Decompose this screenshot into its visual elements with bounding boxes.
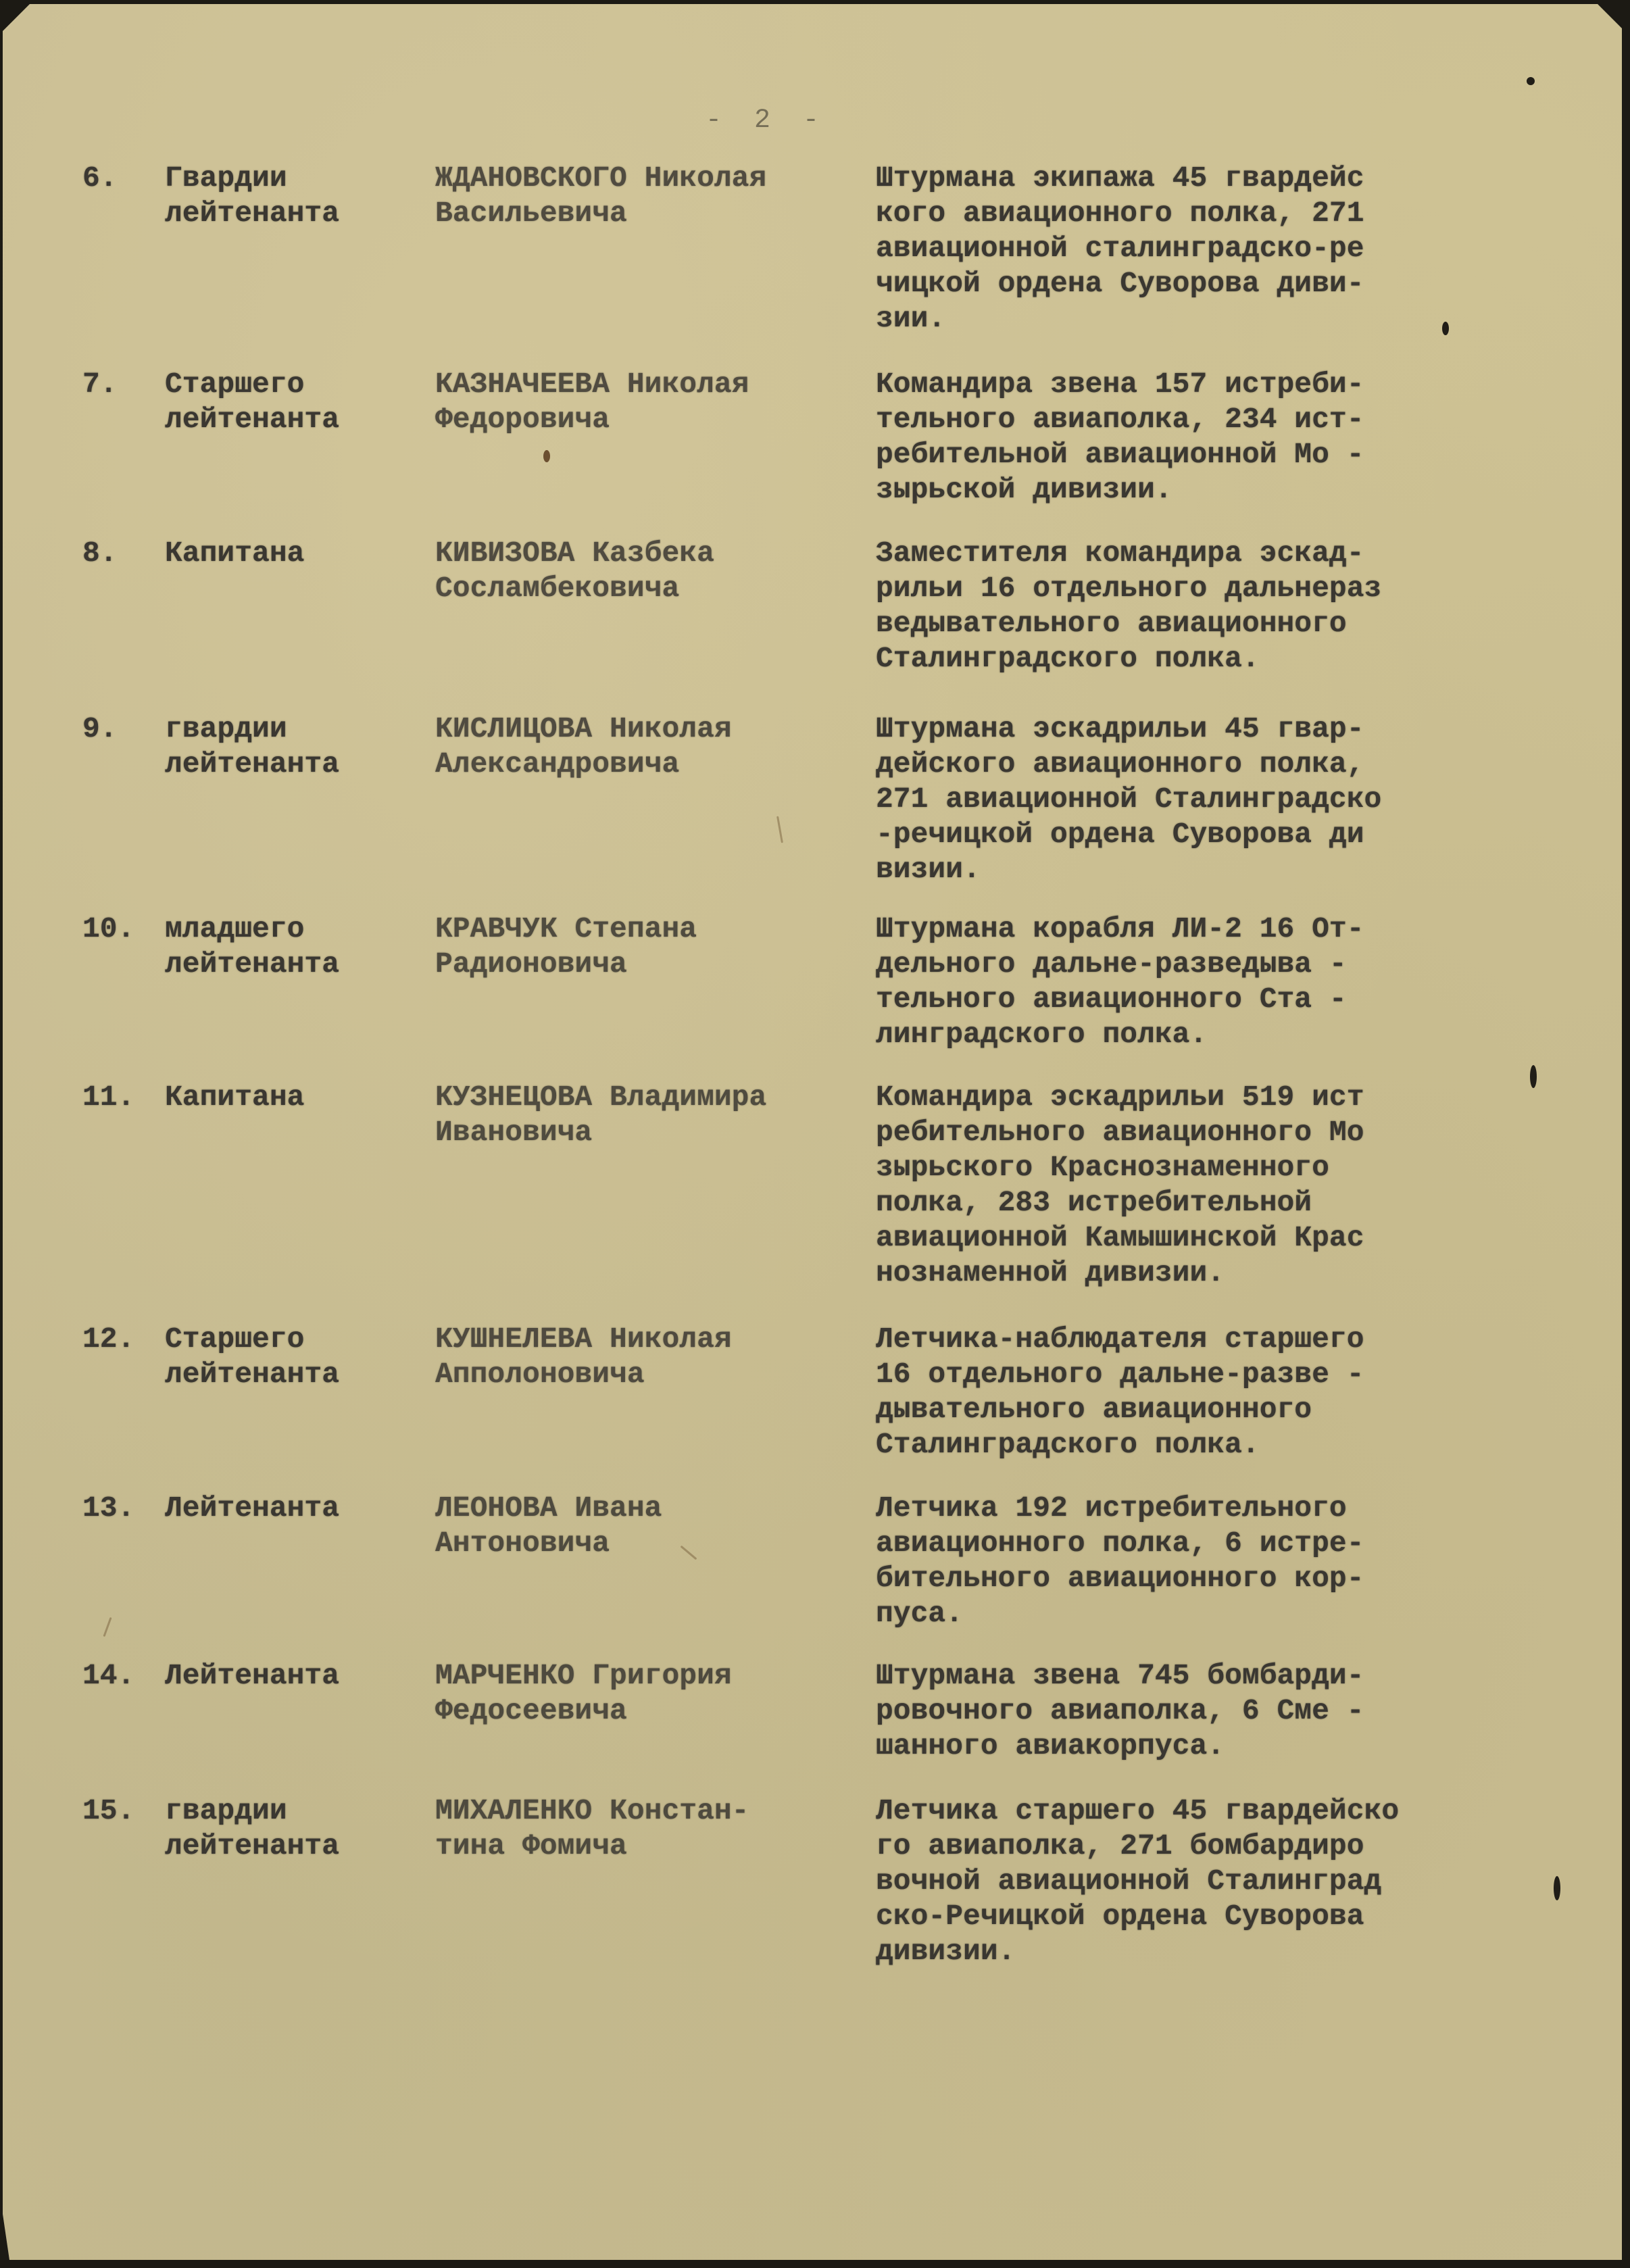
entry-rank: Лейтенанта	[165, 1658, 422, 1694]
entry-name: КИСЛИЦОВА Николая Александровича	[435, 712, 854, 782]
entry-name: КУЗНЕЦОВА Владимира Ивановича	[435, 1080, 854, 1150]
entry-description: Командира звена 157 истреби- тельного ав…	[876, 367, 1552, 508]
entry-name: МИХАЛЕНКО Констан- тина Фомича	[435, 1794, 854, 1864]
entry-number: 7.	[82, 367, 164, 402]
entry-number: 9.	[82, 712, 164, 747]
entry-name: ЖДАНОВСКОГО Николая Васильевича	[435, 161, 854, 231]
entry-number: 6.	[82, 161, 164, 196]
document-page: - 2 - 6. Гвардии лейтенанта ЖДАНОВСКОГО …	[3, 4, 1622, 2260]
paper-blemish	[1554, 1876, 1560, 1900]
entry-rank: Лейтенанта	[165, 1491, 422, 1526]
paper-blemish	[1442, 322, 1449, 335]
entry-description: Летчика-наблюдателя старшего 16 отдельно…	[876, 1322, 1552, 1462]
paper-blemish	[543, 450, 550, 462]
entry-description: Штурмана звена 745 бомбарди- ровочного а…	[876, 1658, 1552, 1764]
entry-number: 10.	[82, 912, 164, 947]
paper-fiber	[776, 816, 783, 843]
entry-number: 15.	[82, 1794, 164, 1829]
paper-blemish	[1527, 77, 1535, 85]
entry-rank: гвардии лейтенанта	[165, 1794, 422, 1864]
entry-number: 8.	[82, 536, 164, 571]
entry-name: ЛЕОНОВА Ивана Антоновича	[435, 1491, 854, 1561]
entry-description: Заместителя командира эскад- рильи 16 от…	[876, 536, 1552, 676]
entry-name: МАРЧЕНКО Григория Федосеевича	[435, 1658, 854, 1729]
entry-description: Летчика старшего 45 гвардейско го авиапо…	[876, 1794, 1552, 1969]
entry-description: Командира эскадрильи 519 ист ребительног…	[876, 1080, 1552, 1291]
entry-name: КАЗНАЧЕЕВА Николая Федоровича	[435, 367, 854, 437]
paper-blemish	[1530, 1065, 1537, 1088]
entry-number: 12.	[82, 1322, 164, 1357]
entry-number: 14.	[82, 1658, 164, 1694]
entry-description: Штурмана корабля ЛИ-2 16 От- дельного да…	[876, 912, 1552, 1052]
entry-number: 11.	[82, 1080, 164, 1115]
paper-fiber	[103, 1617, 112, 1637]
entry-rank: Гвардии лейтенанта	[165, 161, 422, 231]
page-number: - 2 -	[706, 105, 827, 136]
entry-rank: Старшего лейтенанта	[165, 1322, 422, 1392]
entry-description: Штурмана экипажа 45 гвардейс кого авиаци…	[876, 161, 1552, 337]
entry-number: 13.	[82, 1491, 164, 1526]
entry-name: КИВИЗОВА Казбека Сосламбековича	[435, 536, 854, 606]
entry-description: Штурмана эскадрильи 45 гвар- дейского ав…	[876, 712, 1552, 887]
entry-rank: младшего лейтенанта	[165, 912, 422, 982]
entry-rank: Капитана	[165, 1080, 422, 1115]
entry-name: КРАВЧУК Степана Радионовича	[435, 912, 854, 982]
entry-rank: гвардии лейтенанта	[165, 712, 422, 782]
entry-name: КУШНЕЛЕВА Николая Апполоновича	[435, 1322, 854, 1392]
entry-rank: Капитана	[165, 536, 422, 571]
entry-rank: Старшего лейтенанта	[165, 367, 422, 437]
entry-description: Летчика 192 истребительного авиационного…	[876, 1491, 1552, 1631]
